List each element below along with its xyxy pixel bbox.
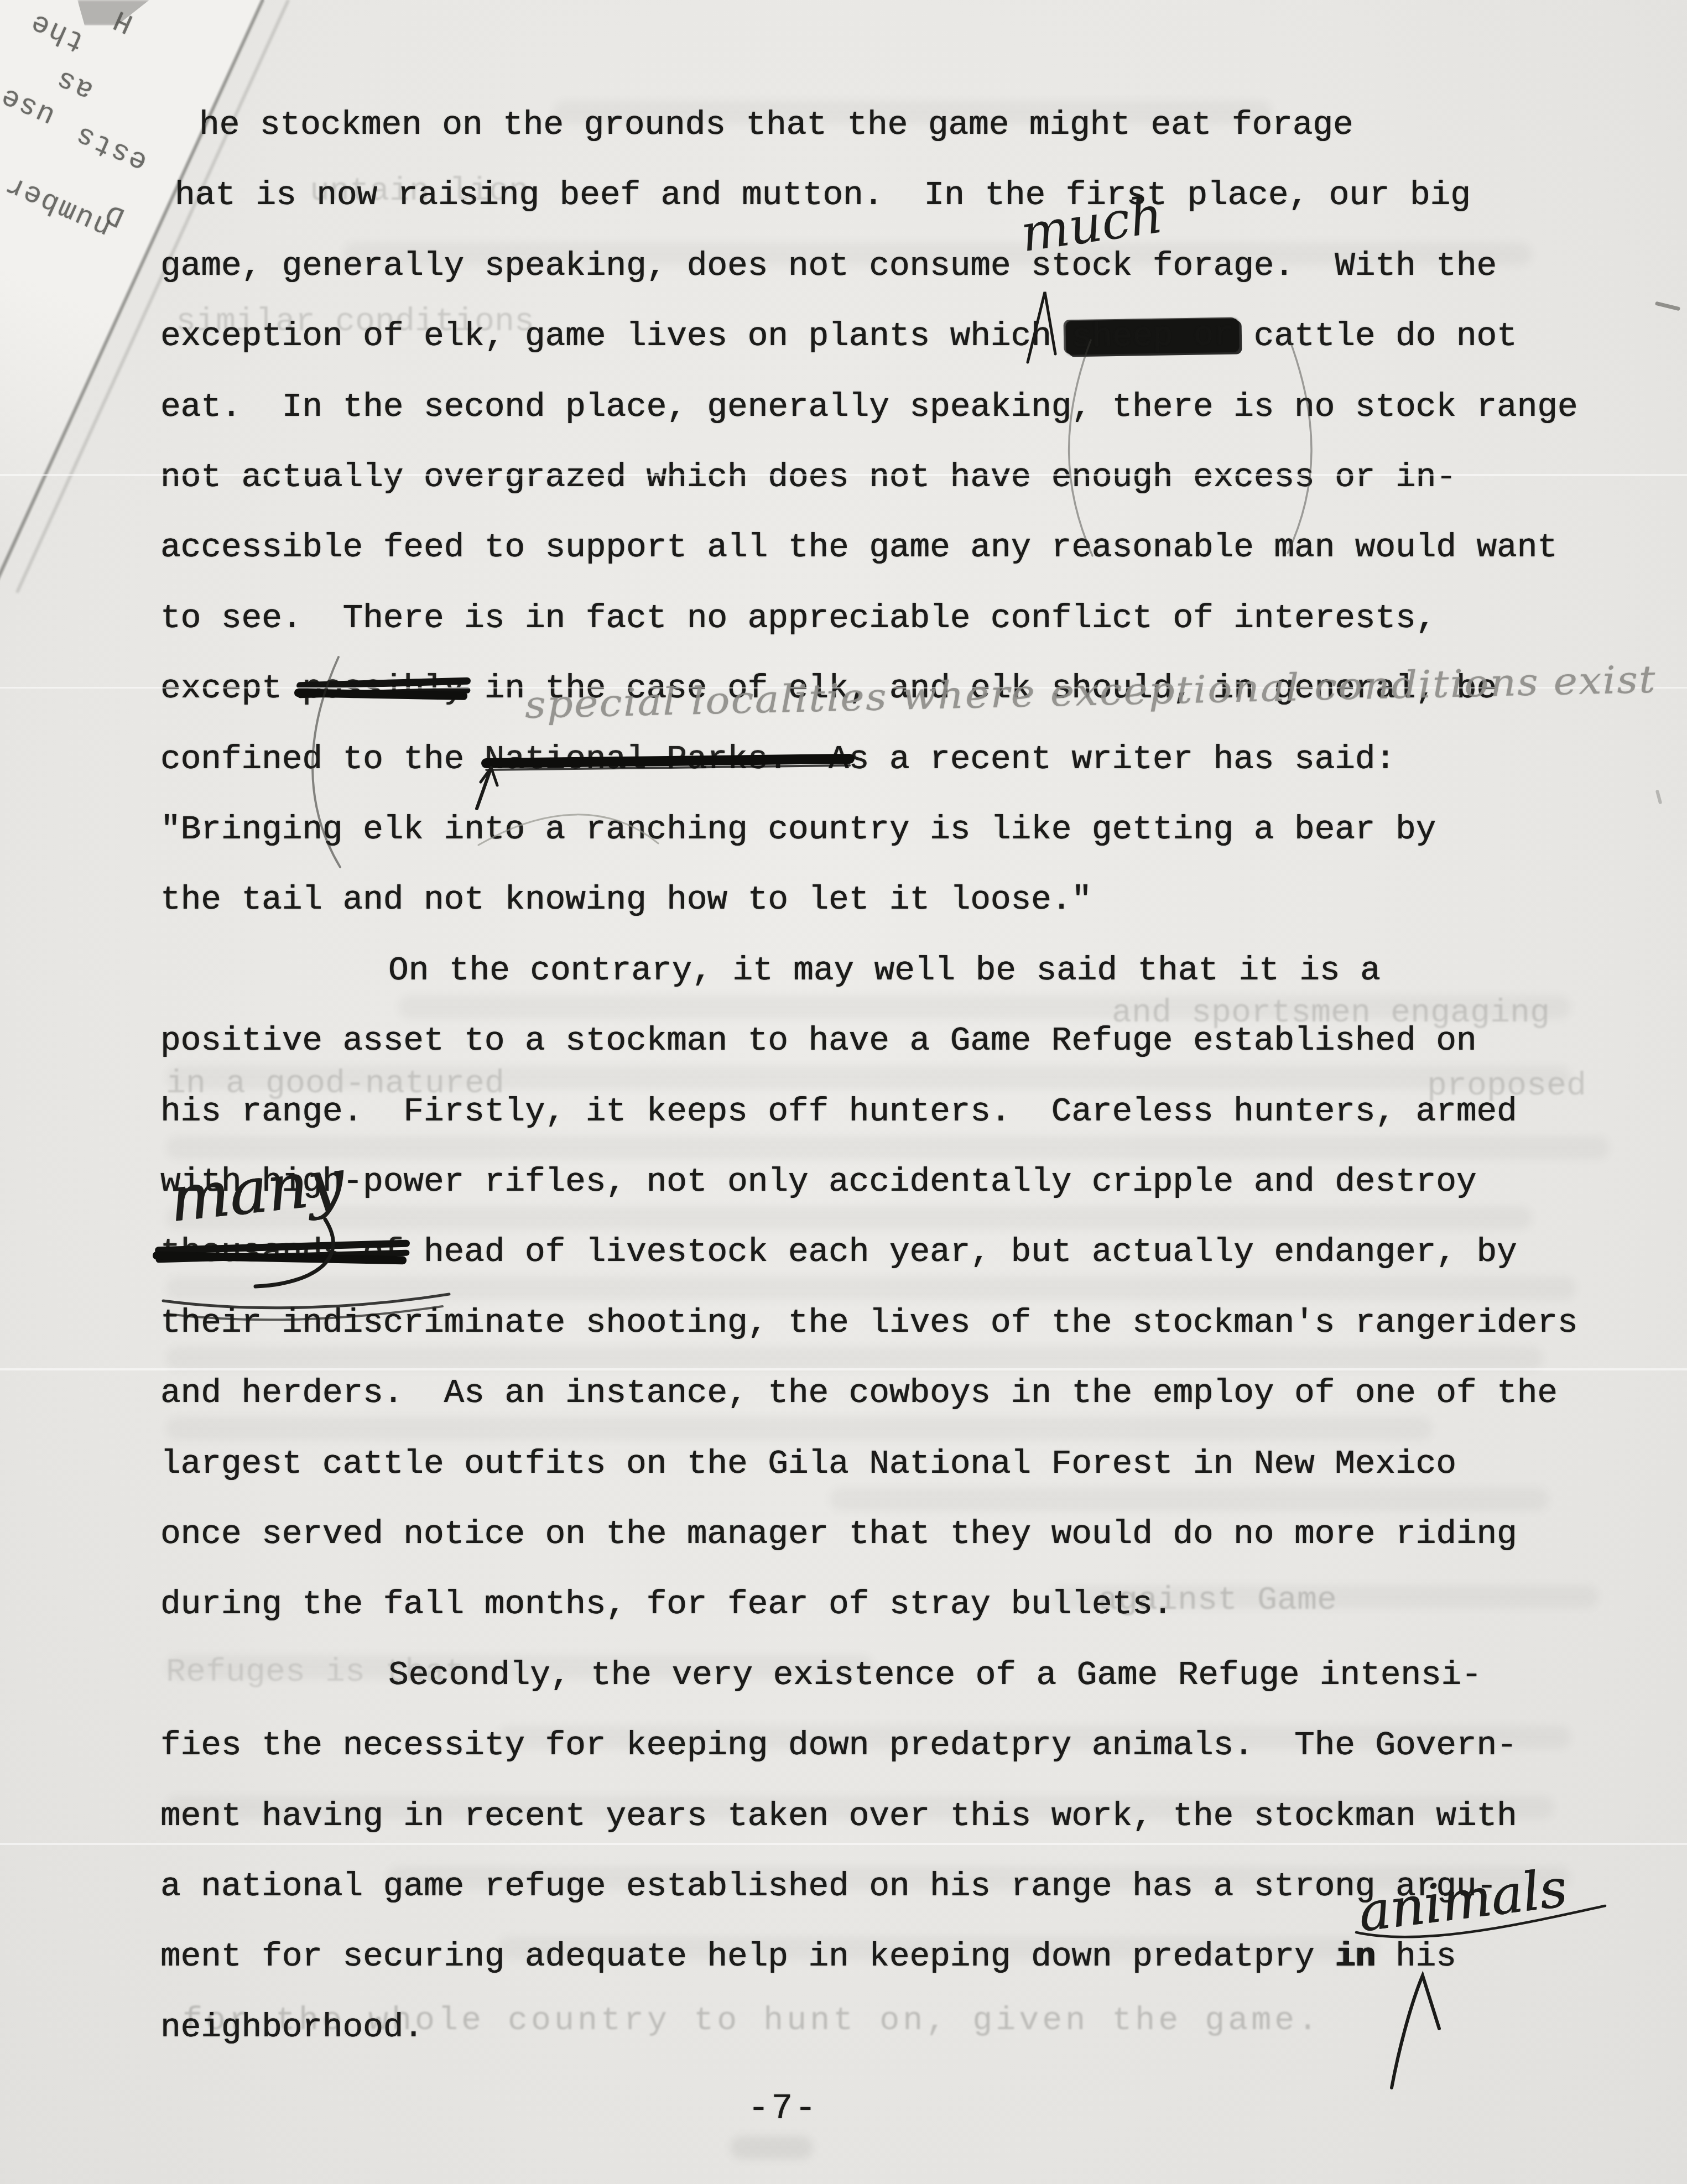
edited-text-blackout: sheep or xyxy=(1066,319,1240,355)
typed-text: head of livestock each year, but actuall… xyxy=(403,1233,1517,1271)
typed-line: accessible feed to support all the game … xyxy=(160,531,1558,565)
typed-text: As a recent writer has said: xyxy=(788,741,1396,779)
typed-line: once served notice on the manager that t… xyxy=(160,1518,1517,1551)
typed-text: positive asset to a stockman to have a G… xyxy=(160,1022,1476,1060)
typed-text: a national game refuge established on hi… xyxy=(160,1868,1497,1906)
typed-text: except xyxy=(160,670,302,708)
bleedthrough-blur-line xyxy=(166,1417,1433,1440)
typed-text: their indiscriminate shooting, the lives… xyxy=(160,1304,1577,1342)
typed-text: ment for securing adequate help in keepi… xyxy=(160,1938,1335,1976)
typed-line: a national game refuge established on hi… xyxy=(160,1870,1497,1904)
typed-text: cattle do not xyxy=(1233,317,1517,356)
typed-text: to see. There is in fact no appreciable … xyxy=(160,600,1436,638)
edited-text-scribble: thousands of xyxy=(160,1236,403,1269)
typed-text: once served notice on the manager that t… xyxy=(160,1515,1517,1554)
typed-line: "Bringing elk into a ranching country is… xyxy=(160,813,1436,847)
typed-line: fies the necessity for keeping down pred… xyxy=(160,1729,1517,1763)
typed-line: to see. There is in fact no appreciable … xyxy=(160,602,1436,635)
typed-text: during the fall months, for fear of stra… xyxy=(160,1586,1173,1624)
page-number: -7- xyxy=(748,2089,818,2129)
typed-text: not actually overgrazed which does not h… xyxy=(160,458,1456,497)
edited-text-strike: National Parks. xyxy=(485,743,788,776)
typed-text: fies the necessity for keeping down pred… xyxy=(160,1727,1517,1765)
typed-line: confined to the National Parks. As a rec… xyxy=(160,743,1396,776)
typed-line: not actually overgrazed which does not h… xyxy=(160,461,1456,494)
bleedthrough-blur-line xyxy=(166,1347,1543,1370)
typed-text: he stockmen on the grounds that the game… xyxy=(199,106,1353,144)
typed-text: largest cattle outfits on the Gila Natio… xyxy=(160,1445,1456,1483)
bleedthrough-blur-line xyxy=(730,2136,813,2159)
typed-text: with high-power rifles, not only acciden… xyxy=(160,1163,1476,1201)
typed-line: the tail and not knowing how to let it l… xyxy=(160,883,1092,917)
typed-line: positive asset to a stockman to have a G… xyxy=(160,1024,1476,1058)
typed-line: hat is now raising beef and mutton. In t… xyxy=(175,179,1471,212)
typed-line: during the fall months, for fear of stra… xyxy=(160,1588,1173,1622)
typed-line: exception of elk, game lives on plants w… xyxy=(160,320,1517,353)
typed-text: exception of elk, game lives on plants w… xyxy=(160,317,1071,356)
typed-text: eat. In the second place, generally spea… xyxy=(160,388,1577,426)
typed-line: game, generally speaking, does not consu… xyxy=(160,249,1497,283)
typed-line: largest cattle outfits on the Gila Natio… xyxy=(160,1447,1456,1481)
typed-line: and herders. As an instance, the cowboys… xyxy=(160,1377,1558,1410)
typed-text: his xyxy=(1375,1938,1456,1976)
typed-line: their indiscriminate shooting, the lives… xyxy=(160,1306,1577,1340)
scan-streak xyxy=(0,474,1687,476)
scan-streak xyxy=(0,1843,1687,1845)
typed-line: his range. Firstly, it keeps off hunters… xyxy=(160,1095,1517,1129)
typed-text: hat is now raising beef and mutton. In t… xyxy=(175,176,1471,215)
typed-text: accessible feed to support all the game … xyxy=(160,529,1558,567)
typed-text: Secondly, the very existence of a Game R… xyxy=(388,1656,1482,1695)
typed-text: confined to the xyxy=(160,741,485,779)
typed-line: On the contrary, it may well be said tha… xyxy=(388,954,1381,988)
typed-line: neighborhood. xyxy=(160,2011,424,2045)
typed-text: On the contrary, it may well be said tha… xyxy=(388,952,1381,990)
typed-text: game, generally speaking, does not consu… xyxy=(160,247,1497,285)
typed-text: "Bringing elk into a ranching country is… xyxy=(160,811,1436,849)
typed-line: Secondly, the very existence of a Game R… xyxy=(388,1659,1482,1692)
typed-line: ment having in recent years taken over t… xyxy=(160,1800,1517,1833)
bleedthrough-blur-line xyxy=(166,1206,1532,1229)
typed-text: his range. Firstly, it keeps off hunters… xyxy=(160,1093,1517,1131)
typescript-page-scan: { "document": { "page_number": "-7-" }, … xyxy=(0,0,1687,2184)
bleedthrough-blur-line xyxy=(166,1276,1576,1300)
typed-text: the tail and not knowing how to let it l… xyxy=(160,881,1092,919)
bleedthrough-blur-line xyxy=(166,1136,1610,1159)
scan-streak xyxy=(0,1368,1687,1370)
bleedthrough-blur-line xyxy=(830,1488,1549,1511)
typed-line: thousands of head of livestock each year… xyxy=(160,1236,1517,1269)
edited-text-overtype: in xyxy=(1335,1938,1375,1976)
typed-line: with high-power rifles, not only acciden… xyxy=(160,1165,1476,1199)
typed-text: neighborhood. xyxy=(160,2009,424,2047)
edited-text-scribble: possibly xyxy=(302,672,464,706)
typed-text: ment having in recent years taken over t… xyxy=(160,1797,1517,1836)
typed-line: eat. In the second place, generally spea… xyxy=(160,390,1577,424)
typed-line: ment for securing adequate help in keepi… xyxy=(160,1940,1456,1974)
typed-text: and herders. As an instance, the cowboys… xyxy=(160,1374,1558,1412)
typed-line: he stockmen on the grounds that the game… xyxy=(199,108,1353,142)
